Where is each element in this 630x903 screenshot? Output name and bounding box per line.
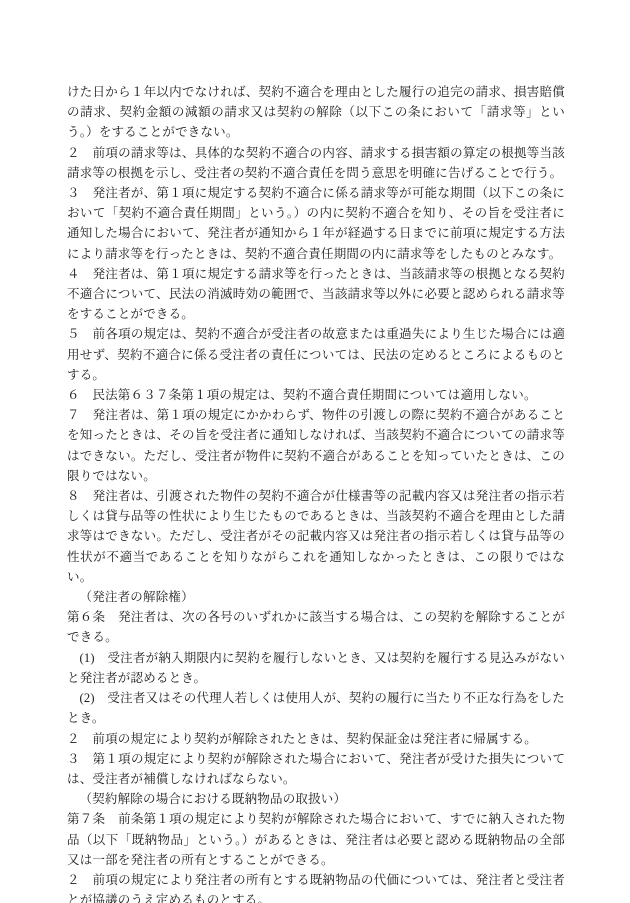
numbered-paragraph: ２ 前項の規定により発注者の所有とする既納物品の代価については、発注者と受注者と… [67, 870, 565, 903]
paragraph-number: ８ [67, 489, 80, 503]
article-number: 第６条 [67, 610, 105, 624]
paragraph-number: ３ [67, 752, 80, 766]
article-paragraph: 第７条 前条第１項の規定により契約が解除された場合において、すでに納入された物品… [67, 809, 565, 870]
paragraph-number: ３ [67, 186, 80, 200]
block-text: 前項の規定により契約が解除されたときは、契約保証金は発注者に帰属する。 [92, 732, 537, 746]
block-text: 前条第１項の規定により契約が解除された場合において、すでに納入された物品（以下「… [67, 812, 565, 866]
block-text: 発注者は、次の各号のいずれかに該当する場合は、この契約を解除することができる。 [67, 610, 565, 644]
block-text: （契約解除の場合における既納物品の取扱い） [80, 792, 347, 806]
numbered-paragraph: ３ 第１項の規定により契約が解除された場合において、発注者が受けた損失については… [67, 749, 565, 789]
article-paragraph: 第６条 発注者は、次の各号のいずれかに該当する場合は、この契約を解除することがで… [67, 607, 565, 647]
paragraph-number: ２ [67, 146, 80, 160]
numbered-paragraph: ４ 発注者は、第１項に規定する請求等を行ったときは、当該請求等の根拠となる契約不… [67, 264, 565, 325]
paragraph-number: (2) [80, 691, 95, 705]
numbered-paragraph: ８ 発注者は、引渡された物件の契約不適合が仕様書等の記載内容又は発注者の指示若し… [67, 486, 565, 587]
paragraph-number: ７ [67, 408, 80, 422]
block-text: 民法第６３７条第１項の規定は、契約不適合責任期間については適用しない。 [92, 388, 536, 402]
numbered-paragraph: ２ 前項の請求等は、具体的な契約不適合の内容、請求する損害額の算定の根拠等当該請… [67, 143, 565, 183]
numbered-paragraph: ３ 発注者が、第１項に規定する契約不適合に係る請求等が可能な期間（以下この条にお… [67, 183, 565, 264]
enumerated-item: (1) 受注者が納入期限内に契約を履行しないとき、又は契約を履行する見込みがない… [67, 648, 565, 688]
paragraph-number: ４ [67, 267, 80, 281]
numbered-paragraph: ７ 発注者は、第１項の規定にかかわらず、物件の引渡しの際に契約不適合があることを… [67, 405, 565, 486]
contract-document-page: けた日から１年以内でなければ、契約不適合を理由とした履行の追完の請求、損害賠償の… [0, 0, 630, 903]
paragraph-number: (1) [80, 651, 95, 665]
block-text: 第１項の規定により契約が解除された場合において、発注者が受けた損失については、受… [67, 752, 565, 786]
block-text: （発注者の解除権） [80, 590, 194, 604]
paragraph-number: ６ [67, 388, 80, 402]
block-text: 発注者は、第１項に規定する請求等を行ったときは、当該請求等の根拠となる契約不適合… [67, 267, 565, 321]
section-heading: （契約解除の場合における既納物品の取扱い） [67, 789, 565, 809]
paragraph-number: ２ [67, 873, 80, 887]
numbered-paragraph: ５ 前各項の規定は、契約不適合が受注者の故意または重過失により生じた場合には適用… [67, 324, 565, 385]
block-text: 発注者が、第１項に規定する契約不適合に係る請求等が可能な期間（以下この条において… [67, 186, 565, 261]
block-text: 受注者が納入期限内に契約を履行しないとき、又は契約を履行する見込みがないと発注者… [67, 651, 565, 685]
block-text: 前項の請求等は、具体的な契約不適合の内容、請求する損害額の算定の根拠等当該請求等… [67, 146, 565, 180]
numbered-paragraph: ６ 民法第６３７条第１項の規定は、契約不適合責任期間については適用しない。 [67, 385, 565, 405]
paragraph-number: ５ [67, 327, 80, 341]
contract-text-block: けた日から１年以内でなければ、契約不適合を理由とした履行の追完の請求、損害賠償の… [67, 82, 565, 903]
block-text: 前各項の規定は、契約不適合が受注者の故意または重過失により生じた場合には適用せず… [67, 327, 565, 381]
block-text: けた日から１年以内でなければ、契約不適合を理由とした履行の追完の請求、損害賠償の… [67, 85, 565, 139]
paragraph-number: ２ [67, 732, 80, 746]
block-text: 受注者又はその代理人若しくは使用人が、契約の履行に当たり不正な行為をしたとき。 [67, 691, 565, 725]
block-text: 発注者は、引渡された物件の契約不適合が仕様書等の記載内容又は発注者の指示若しくは… [67, 489, 565, 584]
article-number: 第７条 [67, 812, 105, 826]
block-text: 発注者は、第１項の規定にかかわらず、物件の引渡しの際に契約不適合があることを知っ… [67, 408, 565, 483]
enumerated-item: (2) 受注者又はその代理人若しくは使用人が、契約の履行に当たり不正な行為をした… [67, 688, 565, 728]
numbered-paragraph: ２ 前項の規定により契約が解除されたときは、契約保証金は発注者に帰属する。 [67, 729, 565, 749]
block-text: 前項の規定により発注者の所有とする既納物品の代価については、発注者と受注者とが協… [67, 873, 565, 903]
section-heading: （発注者の解除権） [67, 587, 565, 607]
continued-paragraph: けた日から１年以内でなければ、契約不適合を理由とした履行の追完の請求、損害賠償の… [67, 82, 565, 143]
